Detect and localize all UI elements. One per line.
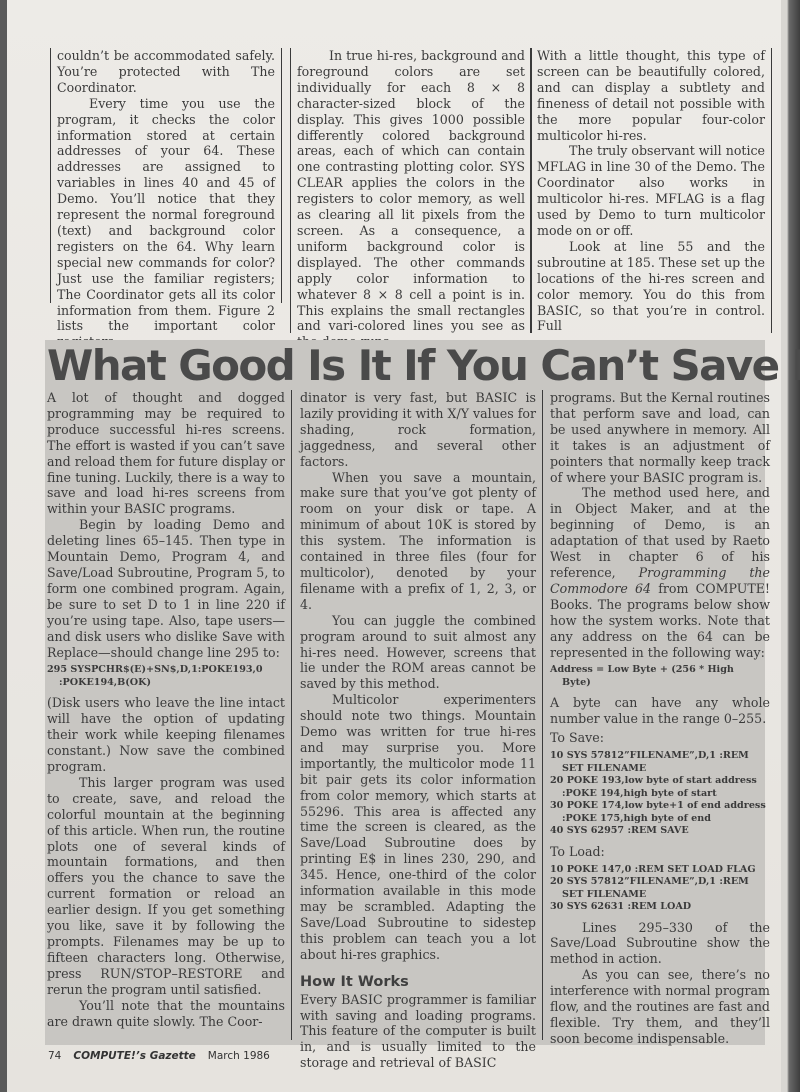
code-line: 40 SYS 62957 :REM SAVE [550,825,770,838]
paragraph: A byte can have any whole number value i… [550,695,770,727]
top-column-1: couldn’t be accommodated safely. You’re … [50,48,282,303]
code-line-continuation: SET FILENAME [550,763,770,776]
save-code-listing: 10 SYS 57812”FILENAME”,D,1 :REM SET FILE… [550,750,770,838]
paragraph: (Disk users who leave the line intact wi… [47,695,285,775]
paragraph: The truly observant will notice MFLAG in… [537,143,765,238]
top-column-2: In true hi-res, background and foregroun… [290,48,532,333]
paragraph: A lot of thought and dogged programming … [47,390,285,517]
paragraph: couldn’t be accommodated safely. You’re … [57,48,275,96]
page-footer: 74COMPUTE!’s GazetteMarch 1986 [48,1050,282,1062]
paragraph: You’ll note that the mountains are drawn… [47,998,285,1030]
code-line: 10 POKE 147,0 :REM SET LOAD FLAG [550,864,770,877]
code-line: 295 SYSPCHR$(E)+SN$,D,1:POKE193,0 [47,664,285,677]
paragraph: In true hi-res, background and foregroun… [297,48,525,350]
sidebar-column-2: dinator is very fast, but BASIC is lazil… [293,390,543,1040]
paragraph: As you can see, there’s no interference … [550,967,770,1047]
formula-line: Address = Low Byte + (256 * High [550,664,770,677]
sidebar-column-1: A lot of thought and dogged programming … [47,390,292,1040]
code-line: 10 SYS 57812”FILENAME”,D,1 :REM [550,750,770,763]
code-line: 30 POKE 174,low byte+1 of end address [550,800,770,813]
paragraph: programs. But the Kernal routines that p… [550,390,770,485]
code-line: 30 SYS 62631 :REM LOAD [550,901,770,914]
sidebar-column-3: programs. But the Kernal routines that p… [543,390,770,1030]
to-save-label: To Save: [550,730,770,746]
paragraph: You can juggle the combined program arou… [300,613,536,693]
top-column-3: With a little thought, this type of scre… [530,48,772,333]
paragraph: This larger program was used to create, … [47,775,285,998]
code-line-continuation: :POKE194,B(OK) [47,677,285,690]
code-line: 20 POKE 193,low byte of start address [550,775,770,788]
paragraph: Multicolor experimenters should note two… [300,692,536,962]
scan-edge-right [781,0,800,1092]
paragraph: Begin by loading Demo and deleting lines… [47,517,285,660]
to-load-label: To Load: [550,844,770,860]
paragraph: When you save a mountain, make sure that… [300,470,536,613]
address-formula: Address = Low Byte + (256 * High Byte) [550,664,770,689]
issue-date: March 1986 [208,1050,270,1062]
formula-line-continuation: Byte) [550,677,770,690]
load-code-listing: 10 POKE 147,0 :REM SET LOAD FLAG 20 SYS … [550,864,770,914]
paragraph: dinator is very fast, but BASIC is lazil… [300,390,536,470]
code-line: 20 SYS 57812”FILENAME”,D,1 :REM [550,876,770,889]
page-number: 74 [48,1050,61,1062]
publication-name: COMPUTE!’s Gazette [73,1050,195,1062]
scan-edge-left [0,0,7,1092]
code-listing: 295 SYSPCHR$(E)+SN$,D,1:POKE193,0 :POKE1… [47,664,285,689]
code-line-continuation: :POKE 175,high byte of end [550,813,770,826]
subheading-how-it-works: How It Works [300,973,536,991]
code-line-continuation: :POKE 194,high byte of start [550,788,770,801]
code-line-continuation: SET FILENAME [550,889,770,902]
paragraph: Look at line 55 and the subroutine at 18… [537,239,765,334]
paragraph: With a little thought, this type of scre… [537,48,765,143]
paragraph: Lines 295–330 of the Save/Load Subroutin… [550,920,770,968]
paragraph: Every time you use the program, it check… [57,96,275,351]
paragraph: Every BASIC programmer is familiar with … [300,992,536,1072]
sidebar-headline: What Good Is It If You Can’t Save It? [47,340,763,392]
paragraph: The method used here, and in Object Make… [550,485,770,660]
